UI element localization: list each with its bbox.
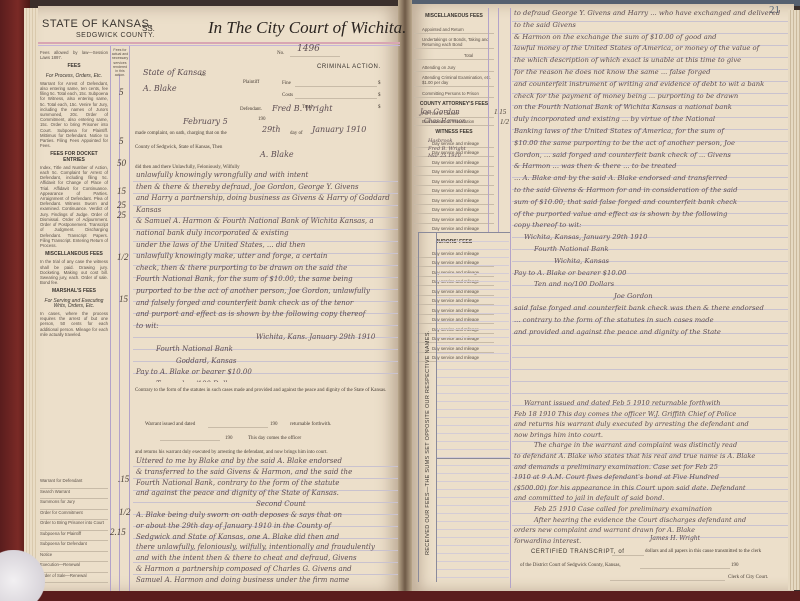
warrant-returnable: returnable forthwith. bbox=[290, 422, 331, 427]
hw-line: and with the intent then & there to chea… bbox=[136, 553, 398, 564]
fees-section-title: FEES bbox=[40, 64, 108, 69]
book-gutter bbox=[398, 0, 412, 601]
fee-amount: 1/2 bbox=[117, 252, 129, 262]
hw-line: and committed to jail in default of said… bbox=[514, 493, 786, 504]
hw-line: A. Blake being duly sworn on oath depose… bbox=[136, 510, 398, 521]
hw-line: ... contrary to the form of the statutes… bbox=[514, 315, 786, 327]
hw-line: to the said Givens & Harmon for and in c… bbox=[514, 185, 786, 197]
hw-line: check, then & there purporting to be dra… bbox=[136, 263, 398, 275]
hw-line: to defraud George Y. Givens and Harry ..… bbox=[514, 8, 786, 32]
witness-name: Hasbrook bbox=[428, 138, 453, 144]
costs-label: Costs bbox=[282, 93, 293, 98]
hw-line: & transferred to the said Givens & Harmo… bbox=[136, 467, 398, 478]
case-no-line bbox=[290, 56, 340, 57]
total-dollar: $ bbox=[378, 105, 381, 110]
fee-column-rule bbox=[110, 46, 111, 591]
received-fees-note: RECEIVED OUR FEES—THE SUMS SET OPPOSITE … bbox=[425, 331, 431, 556]
marshal-amount: .15 bbox=[118, 474, 129, 484]
complainant-name: Fred B. Wright bbox=[272, 104, 332, 113]
hw-line: then & there & thereby defraud, Joe Gord… bbox=[136, 182, 398, 194]
misc-fee-label: Undertakings or Bonds, Taking and Return… bbox=[422, 37, 494, 47]
witness-name: Fred B. Wright bbox=[428, 146, 466, 152]
misc-fee-row: Appointed and Return bbox=[414, 22, 494, 34]
thumb bbox=[0, 550, 45, 601]
witness-row: Day service and mileage bbox=[414, 205, 494, 215]
hw-line: check for the payment of money being ...… bbox=[514, 91, 786, 103]
court-title: In The City Court of Wichita. bbox=[208, 18, 406, 38]
hw-line: Sedgwick and State of Kansas, one A. Bla… bbox=[136, 532, 398, 543]
marshal-row: Order to Bring Prisoner into Court bbox=[40, 520, 108, 531]
receipt-ruled bbox=[437, 234, 509, 580]
witness-row-label: Day service and mileage bbox=[432, 179, 479, 184]
marshal-amount: 1/2 bbox=[119, 507, 131, 517]
complaint-body-handwriting: unlawfully knowingly wrongfully and with… bbox=[136, 170, 398, 382]
hw-line: Banking laws of the United States of Ame… bbox=[514, 126, 786, 138]
witness-row-label: Day service and mileage bbox=[432, 226, 479, 231]
warrant-issued-label: Warrant issued and dated bbox=[145, 422, 195, 427]
misc-fee-row: Total bbox=[414, 49, 494, 61]
vs-label: vs. bbox=[200, 73, 206, 78]
hw-line: Wichita, Kans. January 29th 1910 bbox=[136, 332, 398, 344]
hw-line: duly incorporated and existing ... by vi… bbox=[514, 114, 786, 126]
header-state: STATE OF KANSAS, bbox=[42, 18, 153, 30]
book-cover-bottom bbox=[0, 591, 800, 601]
hw-line: Feb 25 1910 Case called for preliminary … bbox=[514, 504, 786, 515]
misc-fee-row: Committing Persons to Prison bbox=[414, 87, 494, 99]
hw-line: After hearing the evidence the Court dis… bbox=[514, 515, 786, 526]
fee-amount: 15 bbox=[117, 186, 126, 196]
hw-line: Fourth National Bank bbox=[514, 244, 786, 256]
defendant-name: A. Blake bbox=[143, 84, 177, 93]
page-edges-right bbox=[788, 10, 800, 590]
footer-year: 190 bbox=[731, 563, 739, 568]
hw-line: now brings him into court. bbox=[514, 430, 786, 441]
marshal-row: Execution—Renewal bbox=[40, 562, 108, 573]
case-no-label: No. bbox=[277, 51, 284, 56]
hw-line: sum of $10.00, that said false forged an… bbox=[514, 197, 786, 209]
hw-line: and provided and against the peace and d… bbox=[514, 327, 786, 338]
witness-row-label: Day service and mileage bbox=[432, 188, 479, 193]
hw-line: Gordon, ... said forged and counterfeit … bbox=[514, 150, 786, 162]
hw-line: said false forged and counterfeit bank c… bbox=[514, 303, 786, 315]
header-ss: SS. bbox=[142, 24, 155, 33]
witness-amount: 1.15 bbox=[494, 108, 506, 116]
misc-fees-title: MISCELLANEOUS FEES bbox=[40, 252, 108, 257]
hw-line: & Samuel A. Harmon & Fourth National Ban… bbox=[136, 216, 398, 239]
misc-fee-row: Attending on Jury bbox=[414, 60, 494, 72]
hw-line: Wichita, Kansas, January 29th 1910 bbox=[514, 232, 786, 244]
clerk-signature-line bbox=[610, 580, 725, 581]
right-margin-rule bbox=[510, 8, 511, 588]
fee-amount: 50 bbox=[117, 158, 126, 168]
hw-line: to wit: bbox=[136, 321, 398, 333]
witness-row-label: Day service and mileage bbox=[432, 169, 479, 174]
hw-line: Pay to A. Blake or bearer $10.00 bbox=[136, 367, 398, 379]
hw-line: Warrant issued and dated Feb 5 1910 retu… bbox=[514, 398, 786, 409]
marshal-amount: 2.15 bbox=[110, 527, 126, 537]
witness-name: Joe Gordon bbox=[420, 108, 460, 116]
marshal-row: Warrant for Defendant bbox=[40, 478, 108, 489]
action-type: CRIMINAL ACTION. bbox=[317, 64, 381, 70]
fee-amount: 25 bbox=[117, 210, 126, 220]
marshal-row: Notice bbox=[40, 552, 108, 563]
hw-line: Fourth National Bank, for the sum of $10… bbox=[136, 274, 398, 286]
offense-day: 29th bbox=[262, 125, 281, 134]
misc-fee-label: Attending on Jury bbox=[422, 65, 455, 70]
hw-line: Ten and no/100 Dollars bbox=[514, 279, 786, 291]
fee-schedule-note: Fees allowed by law—Session Laws 1897. bbox=[40, 50, 108, 60]
receipt-box-top bbox=[418, 232, 510, 233]
warrant-date-line bbox=[208, 427, 268, 428]
fee-amount: 5 bbox=[119, 87, 124, 97]
witness-row-label: Day service and mileage bbox=[432, 217, 479, 222]
fine-line bbox=[295, 86, 377, 87]
marshal-row: Subpoena for Plaintiff bbox=[40, 531, 108, 542]
marshal-row: Summons for Jury bbox=[40, 499, 108, 510]
fee-amount: 15 bbox=[119, 294, 128, 304]
offense-month: January 1910 bbox=[312, 125, 366, 134]
hw-line: Feb 18 1910 This day comes the officer W… bbox=[514, 409, 786, 420]
clerk-label: Clerk of City Court. bbox=[728, 575, 768, 580]
hw-line: ... A. Blake and by the said A. Blake en… bbox=[514, 173, 786, 185]
marshal-row: Order of Sale—Renewal bbox=[40, 573, 108, 584]
hw-line: and Harry a partnership, doing business … bbox=[136, 193, 398, 216]
fees-section-subtitle: For Process, Orders, Etc. bbox=[40, 74, 108, 79]
marshal-row: Subpoena for Defendant bbox=[40, 541, 108, 552]
marshal-fees-text: In cases, where the process requires the… bbox=[40, 311, 108, 337]
header-rule-secondary bbox=[38, 45, 400, 46]
judge-signature: James H. Wright bbox=[650, 535, 700, 542]
hw-line: Pay to A. Blake or bearer $10.00 bbox=[514, 268, 786, 280]
hw-line: for the reason he does not know the same… bbox=[514, 67, 786, 79]
right-fee-rule bbox=[488, 8, 489, 233]
defendant-label: Defendant. bbox=[240, 107, 262, 112]
misc-fee-row: Attending Criminal Examination, etc. $1.… bbox=[414, 72, 494, 87]
contrary-clause: Contrary to the form of the statutes in … bbox=[135, 386, 397, 395]
year-printed: 190 bbox=[258, 117, 266, 122]
fee-amount: 5 bbox=[119, 136, 124, 146]
hw-line: ($500.00) for his appearance in this Cou… bbox=[514, 483, 786, 494]
witness-row: Day service and mileage bbox=[414, 167, 494, 177]
district-court-line: of the District Court of Sedgwick County… bbox=[520, 563, 621, 568]
witness-amount: 1/2 bbox=[500, 118, 509, 126]
misc-fee-label: Committing Persons to Prison bbox=[422, 91, 479, 96]
hw-line: on the Fourth National Bank of Wichita K… bbox=[514, 102, 786, 114]
marshal-fees-subtitle: For Serving and Executing Writs, Orders,… bbox=[40, 299, 108, 309]
witness-name: Chas Harmon bbox=[424, 118, 466, 125]
certified-transcript-label: CERTIFIED TRANSCRIPT, of bbox=[531, 549, 625, 555]
marshal-fees-title: MARSHAL'S FEES bbox=[40, 289, 108, 294]
right-fee-rule bbox=[498, 8, 499, 233]
hw-line: Joe Gordon bbox=[514, 291, 786, 303]
hw-line: & Harmon a partnership composed of Charl… bbox=[136, 564, 398, 575]
hw-line: Goddard, Kansas bbox=[136, 356, 398, 368]
second-count-handwriting: Uttered to me by Blake and by the said A… bbox=[136, 456, 398, 586]
fine-dollar: $ bbox=[378, 81, 381, 86]
header-county: SEDGWICK COUNTY. bbox=[76, 32, 155, 39]
hw-line: & Harmon ... was then & there ... to be … bbox=[514, 161, 786, 173]
hw-line: lawful money of the United States of Ame… bbox=[514, 43, 786, 55]
complaint-date: February 5 bbox=[183, 117, 228, 126]
costs-line bbox=[295, 98, 377, 99]
docket-fees-title: FEES FOR DOCKET ENTRIES bbox=[40, 152, 108, 162]
witness-row-label: Day service and mileage bbox=[432, 160, 479, 165]
marshal-row: Order for Commitment bbox=[40, 510, 108, 521]
hw-line: there unlawfully, feloniously, wilfully,… bbox=[136, 542, 398, 553]
witness-row-label: Day service and mileage bbox=[432, 207, 479, 212]
hw-line: unlawfully knowingly wrongfully and with… bbox=[136, 170, 398, 182]
hw-line: and counterfeit instrument of writing an… bbox=[514, 79, 786, 91]
hw-line: Wichita, Kansas bbox=[514, 256, 786, 268]
witness-row: Day service and mileage bbox=[414, 186, 494, 196]
hw-line: and purport and effect as is shown by th… bbox=[136, 309, 398, 321]
proceedings-handwriting: Warrant issued and dated Feb 5 1910 retu… bbox=[514, 398, 786, 543]
hw-line: copy thereof to wit: bbox=[514, 220, 786, 232]
witness-fees-title: WITNESS FEES bbox=[414, 129, 494, 135]
day-of-label: day of bbox=[290, 131, 303, 136]
hw-line: & Harmon on the exchange the sum of $10.… bbox=[514, 32, 786, 44]
hw-line: and returns his warrant duly executed by… bbox=[514, 419, 786, 430]
fee-amount: 25 bbox=[117, 200, 126, 210]
officer-comes: This day comes the officer bbox=[248, 436, 301, 441]
marshal-row: Search Warrant bbox=[40, 489, 108, 500]
costs-dollar: $ bbox=[378, 93, 381, 98]
misc-fee-label: Appointed and Return bbox=[422, 27, 464, 32]
misc-fee-row: Undertakings or Bonds, Taking and Return… bbox=[414, 34, 494, 49]
cert-amount-line bbox=[612, 555, 644, 556]
warrant-year: 190 bbox=[270, 422, 278, 427]
receipt-box-rule bbox=[418, 232, 419, 582]
misc-fees-text: In the trial of any case the witness sha… bbox=[40, 259, 108, 285]
case-number: 1496 bbox=[297, 44, 320, 54]
hw-line: 1910 at 9 A.M. Court fixes defendant's b… bbox=[514, 472, 786, 483]
right-body-handwriting: to defraud George Y. Givens and Harry ..… bbox=[514, 8, 786, 338]
fee-column-header: Fees for actual and necessary services r… bbox=[111, 48, 129, 77]
plaintiff-name: State of Kansas bbox=[143, 68, 206, 77]
certified-tail: dollars and all papers in this cause tra… bbox=[645, 549, 761, 554]
witness-row: Day service and mileage bbox=[414, 195, 494, 205]
hw-line: and falsely forged and counterfeit bank … bbox=[136, 298, 398, 310]
officer-date-line bbox=[160, 440, 220, 441]
hw-line: and against the peace and dignity of the… bbox=[136, 488, 398, 499]
hw-line: Fourth National Bank bbox=[136, 344, 398, 356]
hw-line: Ten and no/100 Dollars bbox=[136, 379, 398, 382]
marshal-fee-rows: Warrant for Defendant Search Warrant Sum… bbox=[40, 478, 108, 583]
hw-line: to defendant A. Blake who states that hi… bbox=[514, 451, 786, 462]
complaint-intro: made complaint, on oath, charging that o… bbox=[135, 131, 227, 136]
witness-name: Mar 25 1910 bbox=[428, 153, 461, 159]
header-rule bbox=[38, 42, 400, 44]
hw-line: Uttered to me by Blake and by the said A… bbox=[136, 456, 398, 467]
hw-line: and demands a preliminary examination. C… bbox=[514, 462, 786, 473]
docket-fees-text: Index, Title and Number of Action, each … bbox=[40, 165, 108, 248]
hw-line: The charge in the warrant and complaint … bbox=[514, 440, 786, 451]
hw-line: or about the 29th day of January 1910 in… bbox=[136, 521, 398, 532]
hw-line: of the purported value and effect as is … bbox=[514, 209, 786, 221]
hw-line: Second Count bbox=[136, 499, 398, 510]
county-attorney-fees-title: COUNTY ATTORNEY'S FEES bbox=[414, 101, 494, 107]
county-line: County of Sedgwick, State of Kansas, The… bbox=[135, 145, 222, 150]
fine-label: Fine bbox=[282, 81, 291, 86]
witness-row: Day service and mileage bbox=[414, 176, 494, 186]
misc-fee-label: Attending Criminal Examination, etc. $1.… bbox=[422, 75, 494, 85]
hw-line: Fourth National Bank, contrary to the fo… bbox=[136, 478, 398, 489]
hw-line: purported to be the act of another perso… bbox=[136, 286, 398, 298]
fees-section-text: Warrant for Arrest of Defendant, also en… bbox=[40, 81, 108, 149]
plaintiff-label: Plaintiff bbox=[243, 80, 259, 85]
accused-name: A. Blake bbox=[260, 150, 294, 159]
misc-fees-title: MISCELLANEOUS FEES bbox=[414, 13, 494, 19]
hw-line: Samuel A. Harmon and doing business unde… bbox=[136, 575, 398, 586]
officer-year: 190 bbox=[225, 436, 233, 441]
hw-line: under the laws of the United States, ...… bbox=[136, 240, 398, 252]
hw-line: $10.00 the same purporting to be the act… bbox=[514, 138, 786, 150]
district-date-line bbox=[640, 568, 730, 569]
misc-fee-label: Total bbox=[464, 53, 473, 58]
hw-line: unlawfully knowingly make, utter and for… bbox=[136, 251, 398, 263]
witness-row-label: Day service and mileage bbox=[432, 198, 479, 203]
witness-row: Day service and mileage bbox=[414, 214, 494, 224]
hw-line: the which description of which exact is … bbox=[514, 55, 786, 67]
